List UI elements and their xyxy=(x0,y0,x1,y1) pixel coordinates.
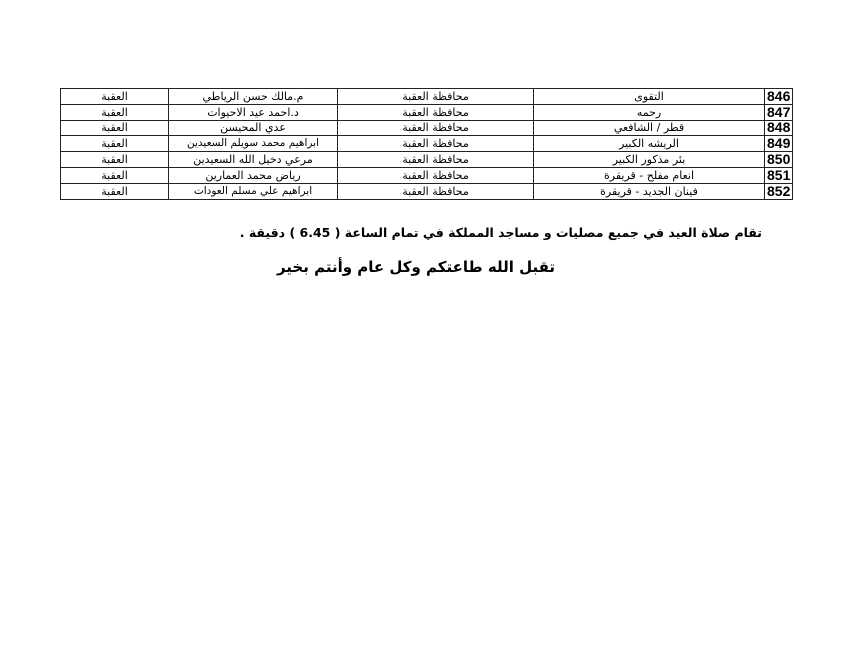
mosque-name: قطر / الشافعي xyxy=(534,120,765,136)
table-row: 849 الريشه الكبير محافظة العقبة ابراهيم … xyxy=(61,136,793,152)
document-page: 846 التقوى محافظة العقبة م.مالك حسن الري… xyxy=(0,0,850,663)
imam-name: د.احمد عيد الاحيوات xyxy=(169,104,338,120)
city: العقبة xyxy=(61,89,169,105)
governorate: محافظة العقبة xyxy=(338,152,534,168)
table-row: 846 التقوى محافظة العقبة م.مالك حسن الري… xyxy=(61,89,793,105)
city: العقبة xyxy=(61,167,169,183)
row-number: 850 xyxy=(765,152,793,168)
mosque-name: الريشه الكبير xyxy=(534,136,765,152)
imam-name: مرعي دخيل الله السعيدين xyxy=(169,152,338,168)
city: العقبة xyxy=(61,152,169,168)
city: العقبة xyxy=(61,120,169,136)
table-row: 848 قطر / الشافعي محافظة العقبة عدي المح… xyxy=(61,120,793,136)
governorate: محافظة العقبة xyxy=(338,167,534,183)
greeting-line: تقبل الله طاعتكم وكل عام وأنتم بخير xyxy=(277,258,555,276)
table-row: 851 انعام مفلح - قريقرة محافظة العقبة ري… xyxy=(61,167,793,183)
mosque-name: فينان الجديد - قريقرة xyxy=(534,183,765,199)
table-row: 852 فينان الجديد - قريقرة محافظة العقبة … xyxy=(61,183,793,199)
mosque-name: بئر مذكور الكبير xyxy=(534,152,765,168)
mosque-name: انعام مفلح - قريقرة xyxy=(534,167,765,183)
greeting-text: تقبل الله طاعتكم وكل عام وأنتم بخير xyxy=(0,258,850,276)
governorate: محافظة العقبة xyxy=(338,136,534,152)
city: العقبة xyxy=(61,104,169,120)
row-number: 847 xyxy=(765,104,793,120)
imam-name: رياض محمد العمارين xyxy=(169,167,338,183)
imam-name: ابراهيم علي مسلم العودات xyxy=(169,183,338,199)
row-number: 846 xyxy=(765,89,793,105)
governorate: محافظة العقبة xyxy=(338,183,534,199)
row-number: 849 xyxy=(765,136,793,152)
mosque-name: رحمه xyxy=(534,104,765,120)
row-number: 851 xyxy=(765,167,793,183)
governorate: محافظة العقبة xyxy=(338,120,534,136)
row-number: 848 xyxy=(765,120,793,136)
table-row: 847 رحمه محافظة العقبة د.احمد عيد الاحيو… xyxy=(61,104,793,120)
row-number: 852 xyxy=(765,183,793,199)
imam-name: م.مالك حسن الرياطي xyxy=(169,89,338,105)
mosques-table: 846 التقوى محافظة العقبة م.مالك حسن الري… xyxy=(60,88,793,200)
eid-prayer-announcement: تقام صلاة العيد في جميع مصليات و مساجد ا… xyxy=(240,225,762,240)
governorate: محافظة العقبة xyxy=(338,89,534,105)
imam-name: ابراهيم محمد سويلم السعيدين xyxy=(169,136,338,152)
mosque-name: التقوى xyxy=(534,89,765,105)
table-row: 850 بئر مذكور الكبير محافظة العقبة مرعي … xyxy=(61,152,793,168)
governorate: محافظة العقبة xyxy=(338,104,534,120)
imam-name: عدي المحيسن xyxy=(169,120,338,136)
city: العقبة xyxy=(61,183,169,199)
city: العقبة xyxy=(61,136,169,152)
